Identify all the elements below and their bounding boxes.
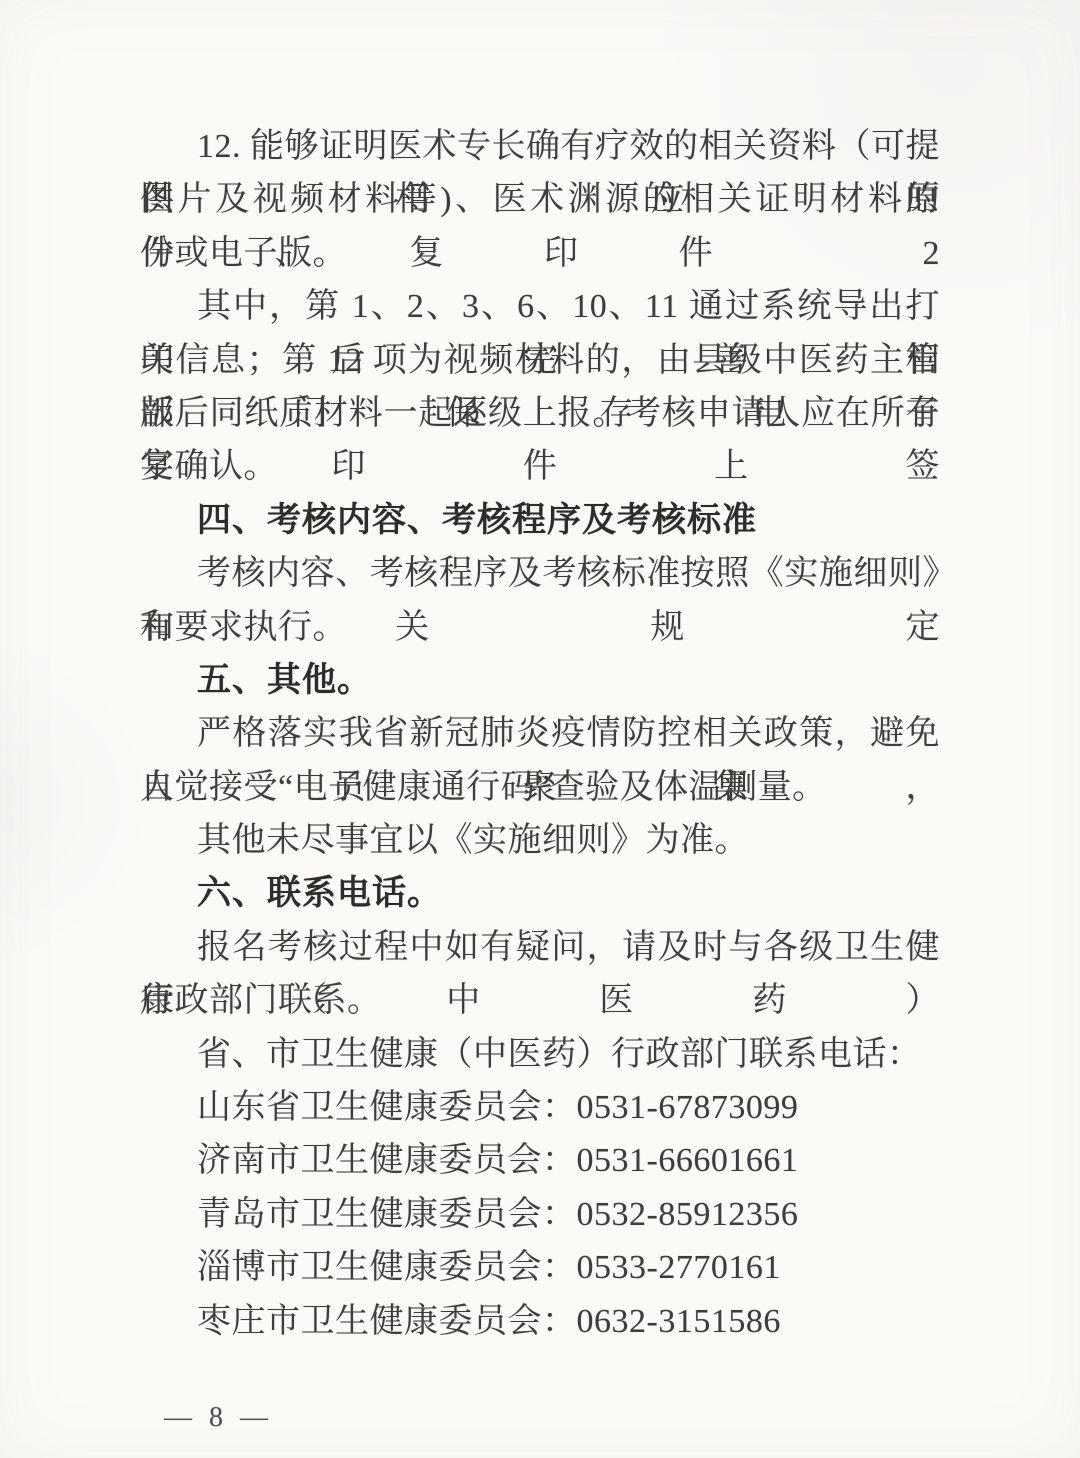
document-body: 12. 能够证明医术专长确有疗效的相关资料（可提供相应的图片及视频材料等)、医术… (140, 120, 940, 1348)
heading-line: 五、其他。 (140, 654, 940, 707)
paragraph-line: 其中，第 1、2、3、6、10、11 通过系统导出打印后完善相 (140, 280, 940, 333)
heading-line: 四、考核内容、考核程序及考核标准 (140, 494, 940, 547)
paragraph-line: 省、市卫生健康（中医药）行政部门联系电话： (140, 1028, 940, 1081)
paragraph-line: 12. 能够证明医术专长确有疗效的相关资料（可提供相应的 (140, 120, 940, 173)
paragraph-line: 考核内容、考核程序及考核标准按照《实施细则》有关规定 (140, 547, 940, 600)
heading-line: 六、联系电话。 (140, 867, 940, 920)
paragraph-line: 关信息；第 12 项为视频材料的，由县级中医药主管部门保存电子 (140, 334, 940, 387)
paragraph-line: 报名考核过程中如有疑问，请及时与各级卫生健康（中医药） (140, 921, 940, 974)
page-number: — 8 — (164, 1398, 273, 1438)
paragraph-line: 图片及视频材料等)、医术渊源的相关证明材料原件、复印件 2 (140, 173, 940, 226)
contact-line: 青岛市卫生健康委员会：0532-85912356 (140, 1188, 940, 1241)
paragraph-line: 其他未尽事宜以《实施细则》为准。 (140, 814, 940, 867)
paragraph-line: 严格落实我省新冠肺炎疫情防控相关政策，避免人员聚集， (140, 707, 940, 760)
contact-line: 淄博市卫生健康委员会：0533-2770161 (140, 1241, 940, 1294)
paragraph-line: 版后同纸质材料一起逐级上报。考核申请人应在所有复印件上签 (140, 387, 940, 440)
contact-line: 济南市卫生健康委员会：0531-66601661 (140, 1134, 940, 1187)
contact-line: 山东省卫生健康委员会：0531-67873099 (140, 1081, 940, 1134)
paragraph-line: 自觉接受“电子健康通行码”查验及体温测量。 (140, 761, 940, 814)
scanned-document-page: 12. 能够证明医术专长确有疗效的相关资料（可提供相应的图片及视频材料等)、医术… (0, 0, 1080, 1458)
contact-line: 枣庄市卫生健康委员会：0632-3151586 (140, 1295, 940, 1348)
